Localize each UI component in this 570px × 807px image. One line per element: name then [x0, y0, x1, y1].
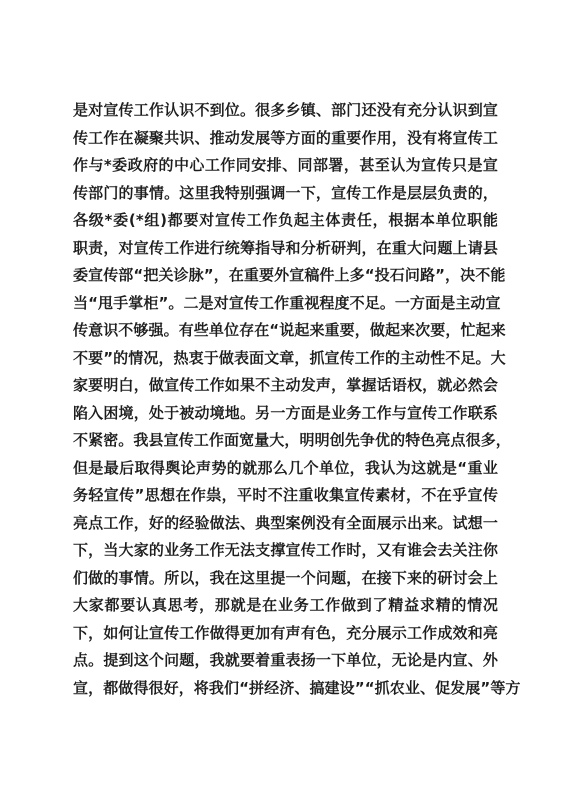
text-line: 委宣传部“把关诊脉”，在重要外宣稿件上多“投石问路”，决不能: [73, 262, 498, 290]
text-line: 各级*委(*组)都要对宣传工作负起主体责任，根据本单位职能: [73, 207, 498, 235]
text-line: 当“甩手掌柜”。二是对宣传工作重视程度不足。一方面是主动宣: [73, 290, 498, 318]
text-line: 陷入困境，处于被动境地。另一方面是业务工作与宣传工作联系: [73, 400, 498, 428]
text-line: 下，如何让宣传工作做得更加有声有色，充分展示工作成效和亮: [73, 620, 498, 648]
text-line: 但是最后取得舆论声势的就那么几个单位，我认为这就是“重业: [73, 455, 498, 483]
text-line: 家要明白，做宣传工作如果不主动发声，掌握话语权，就必然会: [73, 372, 498, 400]
text-line: 作与*委政府的中心工作同安排、同部署，甚至认为宣传只是宣: [73, 152, 498, 180]
text-line: 职责，对宣传工作进行统筹指导和分析研判，在重大问题上请县: [73, 235, 498, 263]
text-line: 传工作在凝聚共识、推动发展等方面的重要作用，没有将宣传工: [73, 125, 498, 153]
text-line: 传意识不够强。有些单位存在“说起来重要，做起来次要，忙起来: [73, 317, 498, 345]
text-line: 是对宣传工作认识不到位。很多乡镇、部门还没有充分认识到宣: [73, 97, 498, 125]
text-line: 点。提到这个问题，我就要着重表扬一下单位，无论是内宣、外: [73, 647, 498, 675]
text-line: 务轻宣传”思想在作祟，平时不注重收集宣传素材，不在乎宣传: [73, 482, 498, 510]
text-line: 宣，都做得很好，将我们“拼经济、搞建设”“抓农业、促发展”等方: [73, 675, 498, 703]
text-line: 不要”的情况，热衷于做表面文章，抓宣传工作的主动性不足。大: [73, 345, 498, 373]
document-page: 是对宣传工作认识不到位。很多乡镇、部门还没有充分认识到宣 传工作在凝聚共识、推动…: [0, 0, 570, 807]
text-line: 大家都要认真思考，那就是在业务工作做到了精益求精的情况: [73, 592, 498, 620]
text-line: 亮点工作，好的经验做法、典型案例没有全面展示出来。试想一: [73, 510, 498, 538]
text-line: 传部门的事情。这里我特别强调一下，宣传工作是层层负责的，: [73, 180, 498, 208]
text-line: 不紧密。我县宣传工作面宽量大，明明创先争优的特色亮点很多，: [73, 427, 498, 455]
text-line: 下，当大家的业务工作无法支撑宣传工作时，又有谁会去关注你: [73, 537, 498, 565]
text-line: 们做的事情。所以，我在这里提一个问题，在接下来的研讨会上: [73, 565, 498, 593]
paragraph-text-block: 是对宣传工作认识不到位。很多乡镇、部门还没有充分认识到宣 传工作在凝聚共识、推动…: [73, 97, 498, 702]
